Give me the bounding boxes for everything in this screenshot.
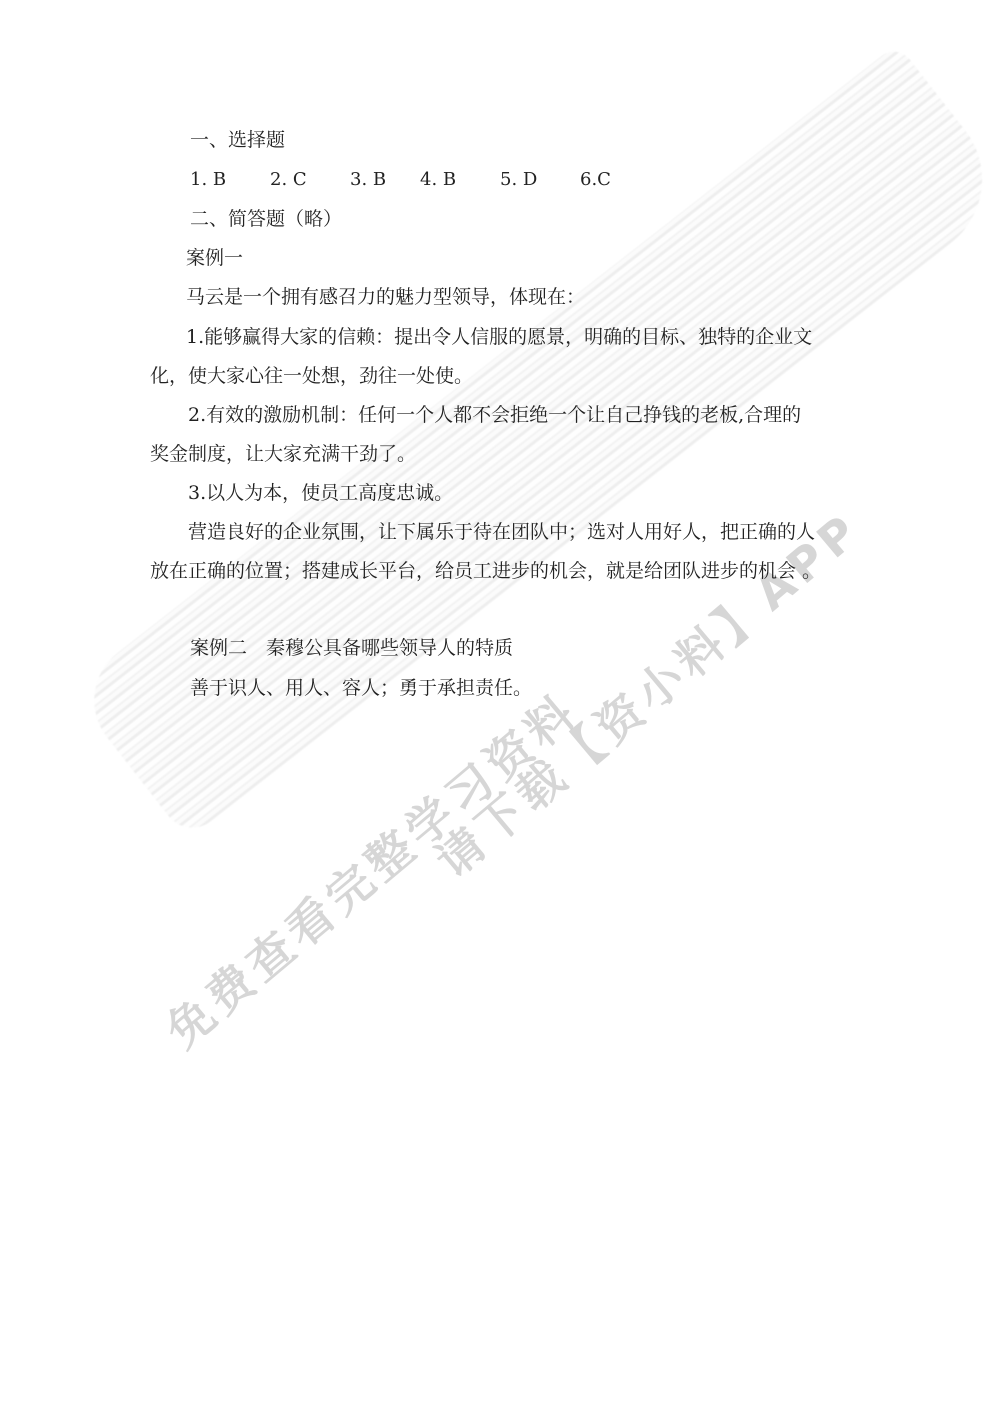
answer-item: 3. B bbox=[350, 168, 386, 192]
watermark: 免费查看完整学习资料 请下载【资小料】APP bbox=[0, 0, 993, 1404]
document-page: 免费查看完整学习资料 请下载【资小料】APP 一、选择题 1. B 2. C 3… bbox=[0, 0, 993, 1404]
answer-item: 6.C bbox=[580, 168, 611, 192]
answer-item: 5. D bbox=[500, 168, 537, 192]
case1-intro: 马云是一个拥有感召力的魅力型领导，体现在： bbox=[186, 285, 585, 309]
case2-answer: 善于识人、用人、容人；勇于承担责任。 bbox=[190, 676, 532, 700]
section2-heading: 二、简答题（略） bbox=[190, 207, 342, 231]
case1-point2-line1: 2.有效的激励机制：任何一个人都不会拒绝一个让自己挣钱的老板,合理的 bbox=[188, 403, 801, 427]
answer-item: 1. B bbox=[190, 168, 226, 192]
case1-heading: 案例一 bbox=[186, 246, 243, 270]
case2-heading: 案例二 秦穆公具备哪些领导人的特质 bbox=[190, 636, 513, 660]
case1-summary-line2: 放在正确的位置；搭建成长平台，给员工进步的机会，就是给团队进步的机会 。 bbox=[150, 559, 821, 583]
case1-point1-line1: 1.能够赢得大家的信赖：提出令人信服的愿景，明确的目标、独特的企业文 bbox=[186, 325, 812, 349]
case1-point1-line2: 化，使大家心往一处想，劲往一处使。 bbox=[150, 364, 473, 388]
case1-point2-line2: 奖金制度，让大家充满干劲了。 bbox=[150, 442, 416, 466]
watermark-text-line1: 免费查看完整学习资料 bbox=[150, 676, 591, 1061]
answer-item: 2. C bbox=[270, 168, 307, 192]
section1-heading: 一、选择题 bbox=[190, 128, 285, 152]
case1-summary-line1: 营造良好的企业氛围，让下属乐于待在团队中；选对人用好人，把正确的人 bbox=[188, 520, 815, 544]
answer-item: 4. B bbox=[420, 168, 456, 192]
case1-point3: 3.以人为本，使员工高度忠诚。 bbox=[188, 481, 453, 505]
